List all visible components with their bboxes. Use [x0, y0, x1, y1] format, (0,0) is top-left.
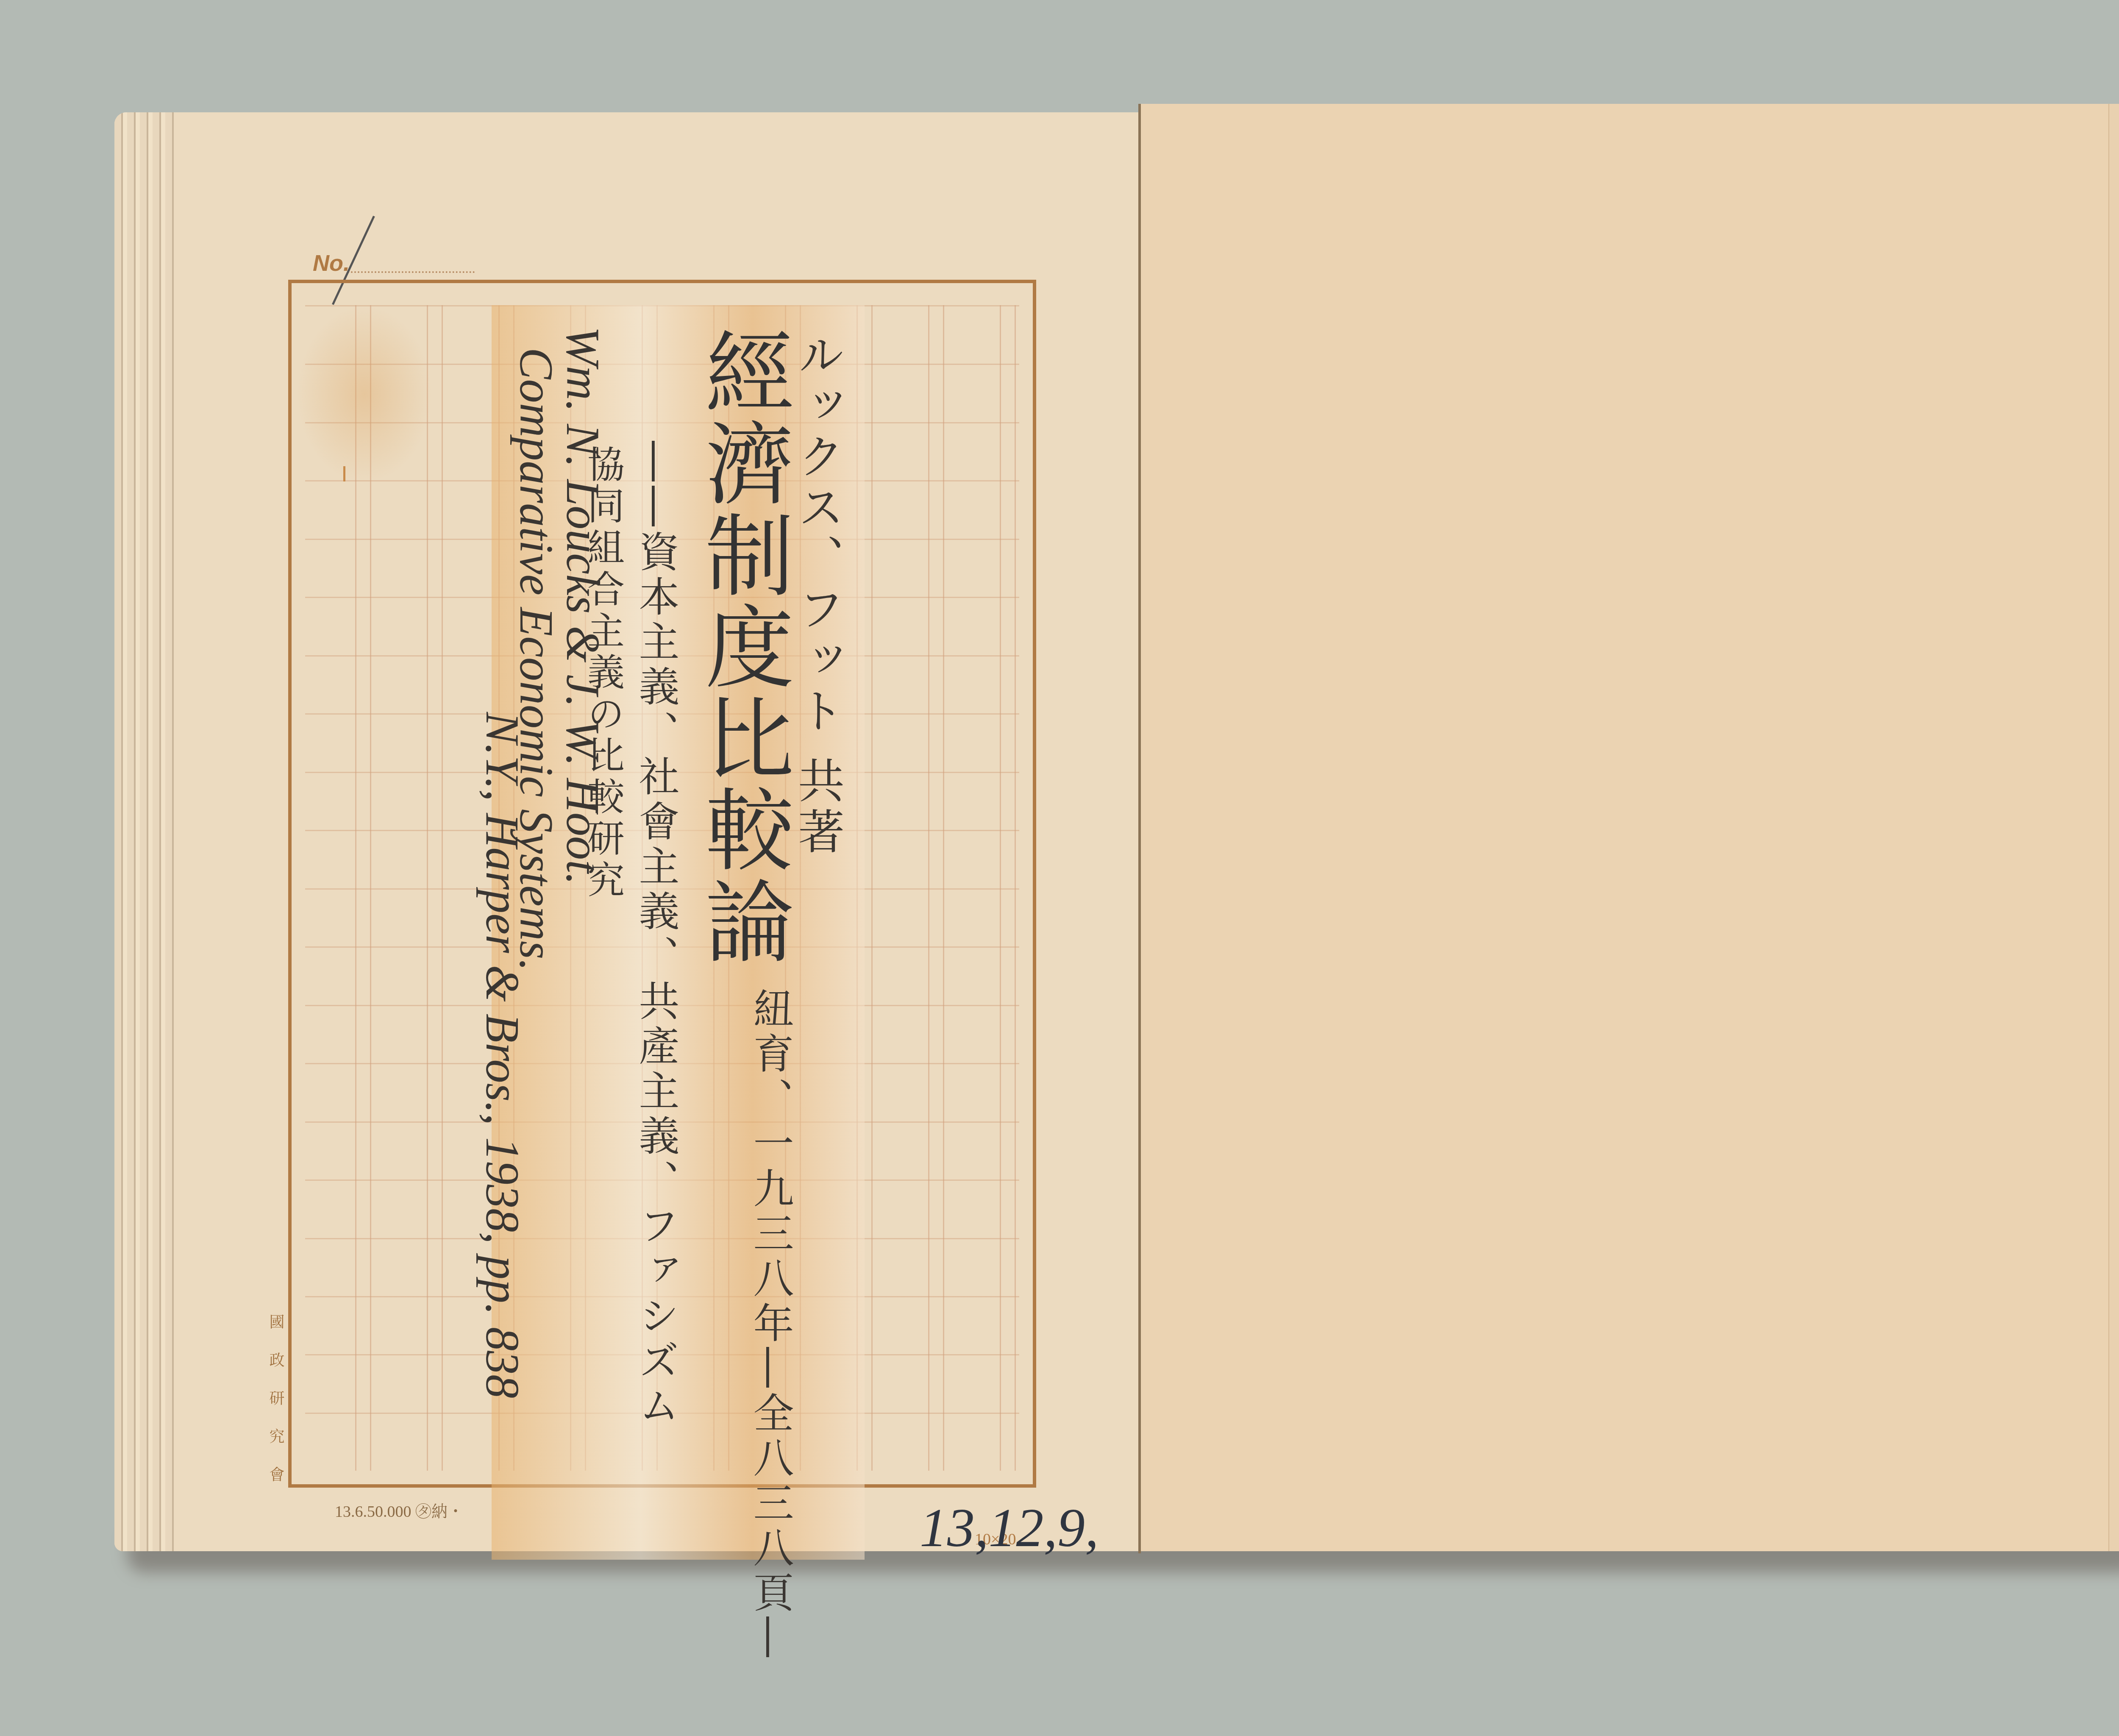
print-info: 13.6.50.000 ㋟納・ — [335, 1498, 464, 1522]
authors-english: Wm. N. Loucks & J. W. Hoot. — [555, 326, 610, 885]
book-gutter — [1138, 104, 1141, 1553]
page-edges — [114, 112, 174, 1551]
water-stain — [297, 305, 432, 483]
right-page-fold — [2108, 104, 2119, 1551]
subtitle-japanese: ――資本主義、社會主義、共產主義、ファシズム — [627, 441, 685, 1429]
margin-mark — [343, 466, 345, 481]
publication-english: N.Y., Harper & Bros., 1938, pp. 838 — [475, 712, 529, 1398]
publication-japanese: 紐育、一九三八年―全八三八頁― — [742, 988, 800, 1661]
right-page — [1140, 104, 2119, 1551]
publisher-side-text: 國政研究會 — [265, 1314, 286, 1505]
form-number-line — [348, 271, 475, 273]
title-japanese: 經濟制度比較論 — [678, 326, 806, 967]
form-number-label: No. — [313, 250, 350, 276]
handwritten-date: 13,12,9, — [920, 1496, 1099, 1560]
